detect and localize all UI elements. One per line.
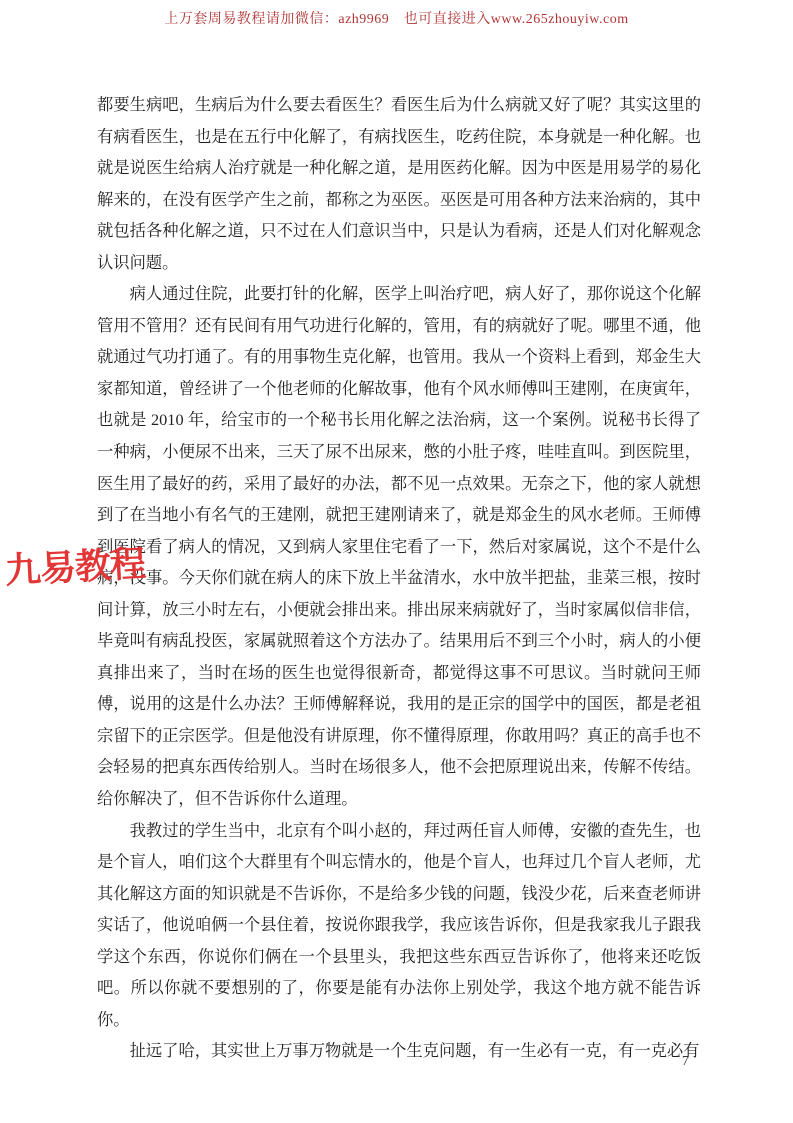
paragraph: 病人通过住院，此要打针的化解，医学上叫治疗吧，病人好了，那你说这个化解管用不管用… — [97, 278, 701, 814]
paragraph: 都要生病吧，生病后为什么要去看医生？看医生后为什么病就又好了呢？其实这里的有病看… — [97, 89, 701, 278]
promo-header-text: 上万套周易教程请加微信：azh9969 也可直接进入www.265zhouyiw… — [0, 8, 793, 28]
paragraph: 扯远了哈，其实世上万事万物就是一个生克问题，有一生必有一克，有一克必有 — [97, 1035, 701, 1067]
page-number: 7 — [682, 1053, 689, 1069]
paragraph: 我教过的学生当中，北京有个叫小赵的，拜过两任盲人师傅，安徽的查先生，也是个盲人，… — [97, 815, 701, 1036]
document-page: 上万套周易教程请加微信：azh9969 也可直接进入www.265zhouyiw… — [0, 0, 793, 1123]
document-body: 都要生病吧，生病后为什么要去看医生？看医生后为什么病就又好了呢？其实这里的有病看… — [97, 89, 701, 1067]
watermark: 九易教程 — [4, 536, 146, 594]
